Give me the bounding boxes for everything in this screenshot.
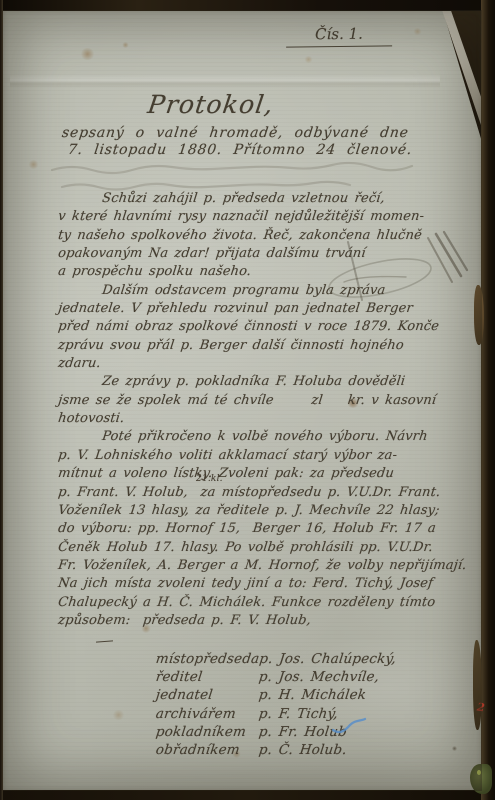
inserted-note: 21.kl. (196, 474, 223, 484)
text-line: opakovaným Na zdar! přijata dalšímu trvá… (57, 245, 483, 263)
book-cover-corner (470, 764, 492, 794)
text-line: a prospěchu spolku našeho. (57, 263, 483, 281)
officer-row: jednatelp. H. Michálek (118, 668, 399, 686)
page-number-block: Čís. 1. (286, 23, 392, 47)
text-line: jsme se že spolek má té chvíle zl kr. v … (57, 392, 483, 410)
text-line: hotovosti. (57, 410, 483, 428)
text-line: zdaru. (57, 355, 483, 373)
text-line: Dalším odstavcem programu byla zpráva (57, 282, 483, 300)
photo-edge-right (481, 0, 495, 800)
text-line: zprávu svou přál p. Berger další činnost… (57, 337, 483, 355)
book-cover-speck (477, 770, 481, 775)
body-text: Schůzi zahájil p. předseda vzletnou řečí… (57, 190, 481, 630)
officer-row: ředitelp. Jos. Mechvíle, (118, 650, 399, 668)
text-line: Chalupecký a H. Č. Michálek. Funkce rozd… (57, 594, 483, 612)
text-line: způsobem: předseda p. F. V. Holub, (57, 612, 483, 630)
document-title: Protokol, (146, 90, 276, 119)
officer-row: místopředsedap. Jos. Chalúpecký, (118, 632, 399, 650)
photo-edge-left (0, 0, 3, 800)
page-number-label: Čís. 1. (315, 25, 363, 44)
text-line: ty našeho spolkového života. Řeč, zakonč… (57, 227, 483, 245)
photo-edge-bottom (0, 790, 495, 800)
text-line: Poté přikročeno k volbě nového výboru. N… (57, 428, 483, 446)
officer-role: obřadníkem (155, 741, 260, 759)
text-line: Fr. Voženílek, A. Berger a M. Hornof, že… (57, 557, 483, 575)
margin-page-number: 2 (476, 701, 485, 715)
text-line: před námi obraz spolkové činnosti v roce… (57, 318, 483, 336)
officer-name: p. Č. Holub. (258, 742, 348, 758)
text-line: Ze zprávy p. pokladníka F. Holuba dovědě… (57, 373, 483, 391)
ink-checkmark-icon (331, 717, 367, 737)
text-line: Na jich místa zvoleni tedy jiní a to: Fe… (57, 575, 483, 593)
subtitle-line: 7. listopadu 1880. Přítomno 24 členové. (67, 142, 413, 158)
text-line: mítnut a voleno lístky. Zvoleni pak: za … (57, 465, 483, 483)
text-line: Voženílek 13 hlasy, za ředitele p. J. Me… (57, 502, 483, 520)
text-line: v které hlavními rysy naznačil nejdůleži… (57, 208, 483, 226)
subtitle-line: sepsaný o valné hromadě, odbývané dne (61, 125, 410, 141)
text-line: do výboru: pp. Hornof 15, Berger 16, Hol… (57, 520, 483, 538)
text-line: jednatele. V přehledu rozvinul pan jedna… (57, 300, 483, 318)
text-line: p. V. Lohniského voliti akklamací starý … (57, 447, 483, 465)
photo-edge-top (0, 0, 495, 11)
document-photo: Čís. 1. Protokol, sepsaný o valné hromad… (0, 0, 495, 800)
officer-row: archivářemp. F. Tichý, (118, 687, 399, 705)
text-line: Čeněk Holub 17. hlasy. Po volbě prohlási… (57, 539, 483, 557)
text-line: p. Frant. V. Holub, za místopředsedu p. … (57, 484, 483, 502)
text-line: Schůzi zahájil p. předseda vzletnou řečí… (57, 190, 483, 208)
